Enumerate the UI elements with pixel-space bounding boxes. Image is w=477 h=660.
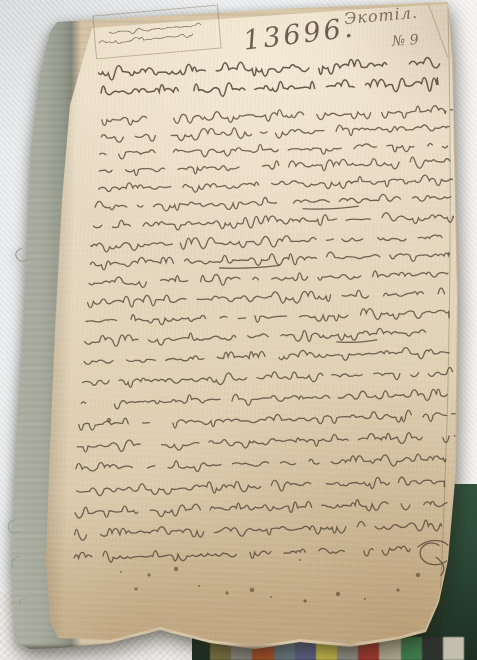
handwritten-line — [93, 211, 453, 232]
paper-creases — [428, 3, 450, 600]
handwritten-line — [98, 57, 440, 80]
handwritten-line — [99, 156, 450, 177]
ink-speck — [174, 567, 178, 571]
handwritten-line — [74, 540, 451, 585]
handwritten-line — [95, 192, 451, 215]
ink-speck — [396, 588, 399, 591]
handwritten-line — [102, 105, 462, 126]
handwritten-line — [86, 306, 449, 327]
ink-speck — [364, 598, 366, 600]
handwritten-line — [79, 409, 463, 431]
handwritten-line — [100, 140, 448, 160]
handwritten-line — [101, 122, 465, 143]
handwritten-line — [87, 287, 444, 308]
page-number-label: № 9 — [391, 32, 419, 50]
ink-speck — [303, 599, 306, 602]
handwritten-line — [84, 327, 425, 349]
handwritten-line — [89, 268, 448, 288]
ink-speck — [90, 245, 92, 247]
ink-speck — [198, 585, 200, 587]
handwritten-line — [92, 231, 442, 252]
ink-speck — [250, 588, 254, 592]
handwritten-line — [90, 249, 449, 272]
handwritten-line — [101, 77, 438, 100]
ink-speck — [299, 559, 301, 561]
ink-speck — [134, 587, 137, 590]
handwritten-line — [75, 497, 447, 518]
ink-speck — [225, 591, 228, 594]
handwritten-line — [98, 174, 452, 195]
handwritten-line — [83, 367, 453, 388]
ink-speck — [107, 418, 111, 422]
body-text-lines — [61, 56, 476, 584]
handwritten-line — [74, 519, 441, 540]
photo-scene: 13696. Экотіл. № 9 — [0, 0, 477, 660]
manuscript-document: 13696. Экотіл. № 9 — [0, 0, 477, 660]
ink-speck — [147, 573, 150, 576]
ink-speck — [270, 596, 272, 598]
handwritten-line — [77, 431, 465, 453]
handwritten-line — [76, 476, 444, 497]
handwritten-line — [84, 346, 449, 367]
handwritten-line — [76, 453, 446, 474]
handwritten-line — [81, 388, 447, 409]
ink-speck — [120, 571, 122, 573]
ink-speck — [336, 592, 340, 596]
ink-speck — [416, 573, 420, 577]
